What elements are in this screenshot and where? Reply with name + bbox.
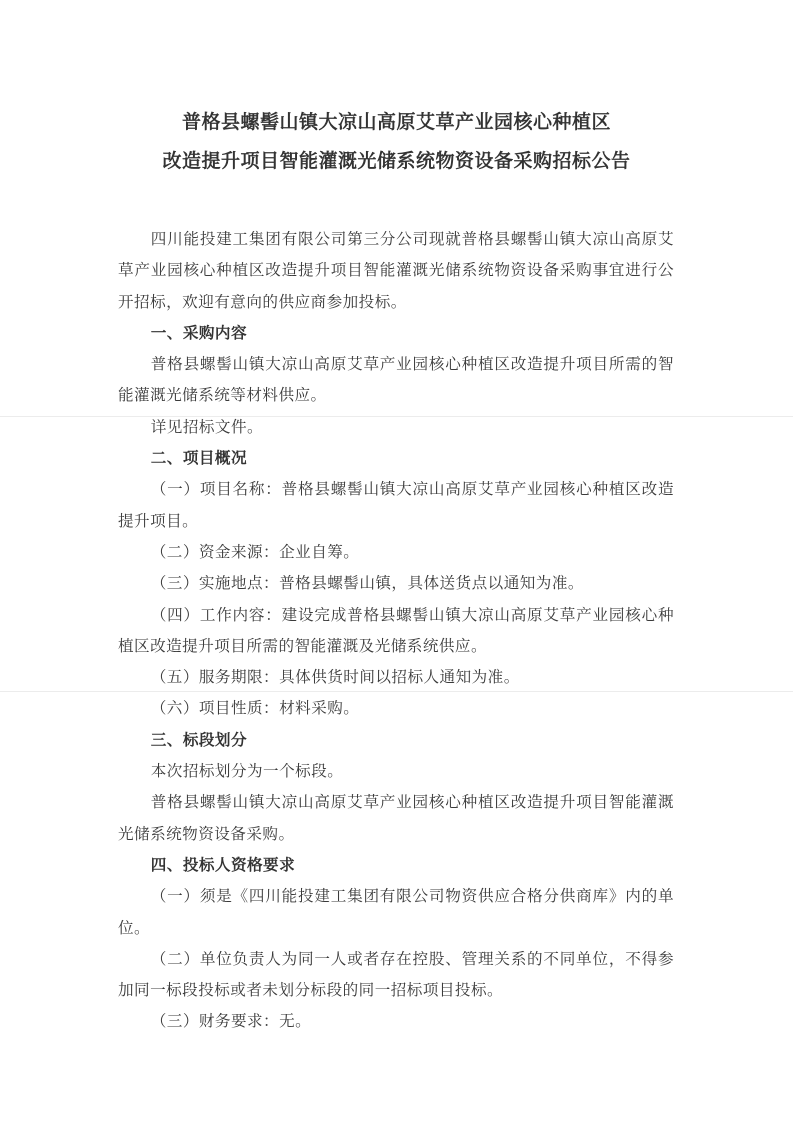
paragraph: 详见招标文件。 [118,412,674,443]
section-heading: 二、项目概况 [118,443,674,474]
paragraph: （一）须是《四川能投建工集团有限公司物资供应合格分供商库》内的单位。 [118,881,674,944]
document-body: 四川能投建工集团有限公司第三分公司现就普格县螺髻山镇大凉山高原艾草产业园核心种植… [118,224,674,1038]
section-heading: 四、投标人资格要求 [118,850,674,881]
section-heading: 三、标段划分 [118,725,674,756]
paragraph: 普格县螺髻山镇大凉山高原艾草产业园核心种植区改造提升项目所需的智能灌溉光储系统等… [118,349,674,412]
intro-paragraph: 四川能投建工集团有限公司第三分公司现就普格县螺髻山镇大凉山高原艾草产业园核心种植… [118,224,674,318]
document-title-line-1: 普格县螺髻山镇大凉山高原艾草产业园核心种植区 [0,107,793,134]
paragraph: （五）服务期限：具体供货时间以招标人通知为准。 [118,662,674,693]
paragraph: （六）项目性质：材料采购。 [118,693,674,724]
section-heading: 一、采购内容 [118,318,674,349]
paragraph: （三）财务要求：无。 [118,1006,674,1037]
paragraph: 普格县螺髻山镇大凉山高原艾草产业园核心种植区改造提升项目智能灌溉光储系统物资设备… [118,787,674,850]
section-project-overview: 二、项目概况 （一）项目名称：普格县螺髻山镇大凉山高原艾草产业园核心种植区改造提… [118,443,674,725]
section-procurement-content: 一、采购内容 普格县螺髻山镇大凉山高原艾草产业园核心种植区改造提升项目所需的智能… [118,318,674,443]
paragraph: 本次招标划分为一个标段。 [118,756,674,787]
section-bidder-qualifications: 四、投标人资格要求 （一）须是《四川能投建工集团有限公司物资供应合格分供商库》内… [118,850,674,1038]
paragraph: （二）资金来源：企业自筹。 [118,537,674,568]
section-lot-division: 三、标段划分 本次招标划分为一个标段。 普格县螺髻山镇大凉山高原艾草产业园核心种… [118,725,674,850]
paragraph: （一）项目名称：普格县螺髻山镇大凉山高原艾草产业园核心种植区改造提升项目。 [118,474,674,537]
document-page: 普格县螺髻山镇大凉山高原艾草产业园核心种植区 改造提升项目智能灌溉光储系统物资设… [0,0,793,1123]
paragraph: （四）工作内容：建设完成普格县螺髻山镇大凉山高原艾草产业园核心种植区改造提升项目… [118,600,674,663]
document-title-line-2: 改造提升项目智能灌溉光储系统物资设备采购招标公告 [0,146,793,173]
paragraph: （三）实施地点：普格县螺髻山镇，具体送货点以通知为准。 [118,568,674,599]
paragraph: （二）单位负责人为同一人或者存在控股、管理关系的不同单位，不得参加同一标段投标或… [118,944,674,1007]
